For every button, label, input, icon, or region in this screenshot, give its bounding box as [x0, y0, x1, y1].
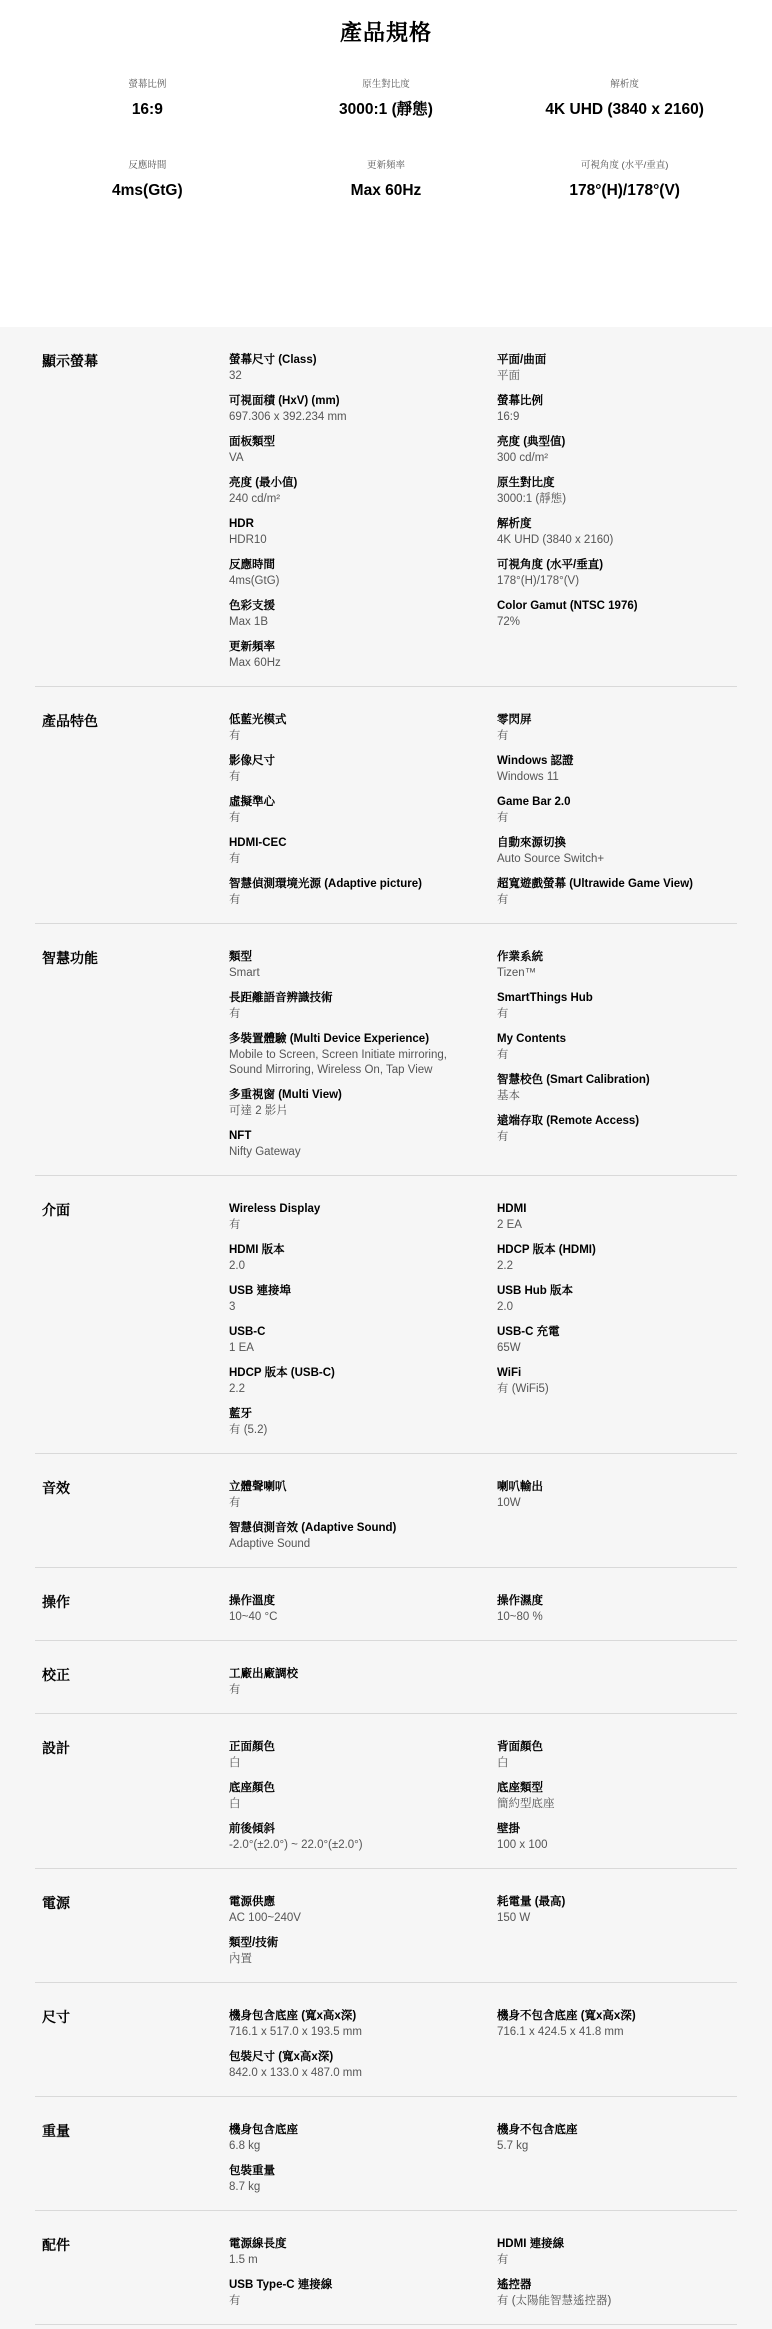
spec-item: 多重視窗 (Multi View)可達 2 影片 [229, 1087, 473, 1119]
spec-column-2: 背面顏色白底座類型簡約型底座壁掛100 x 100 [497, 1739, 737, 1862]
spec-value: 5.7 kg [497, 2139, 737, 2154]
spec-label: 立體聲喇叭 [229, 1479, 473, 1495]
spec-label: 超寬遊戲螢幕 (Ultrawide Game View) [497, 876, 737, 892]
spec-section: 智慧功能類型Smart長距離語音辨識技術有多裝置體驗 (Multi Device… [35, 923, 737, 1175]
spec-item: 底座類型簡約型底座 [497, 1780, 737, 1812]
spec-summary-grid: 螢幕比例16:9原生對比度3000:1 (靜態)解析度4K UHD (3840 … [0, 79, 772, 201]
spec-item: 亮度 (典型值)300 cd/m² [497, 434, 737, 466]
spec-label: USB 連接埠 [229, 1283, 473, 1299]
spec-item: 長距離語音辨識技術有 [229, 990, 473, 1022]
spec-value: 178°(H)/178°(V) [497, 574, 737, 589]
spec-item: 可視角度 (水平/垂直)178°(H)/178°(V) [497, 557, 737, 589]
spec-value: 4K UHD (3840 x 2160) [497, 533, 737, 548]
spec-value: 697.306 x 392.234 mm [229, 410, 473, 425]
spec-item: 包裝重量8.7 kg [229, 2163, 473, 2195]
spec-item: 面板類型VA [229, 434, 473, 466]
spec-label: 底座類型 [497, 1780, 737, 1796]
spec-column-1: 低藍光模式有影像尺寸有虛擬準心有HDMI-CEC有智慧偵測環境光源 (Adapt… [229, 712, 497, 917]
summary-item: 原生對比度3000:1 (靜態) [267, 79, 506, 120]
spec-label: 面板類型 [229, 434, 473, 450]
spec-item: Game Bar 2.0有 [497, 794, 737, 826]
spec-label: 包裝尺寸 (寬x高x深) [229, 2049, 473, 2065]
spec-label: 前後傾斜 [229, 1821, 473, 1837]
spec-value: 1 EA [229, 1341, 473, 1356]
spec-value: Windows 11 [497, 770, 737, 785]
spec-label: 可視角度 (水平/垂直) [497, 557, 737, 573]
spec-column-1: 類型Smart長距離語音辨識技術有多裝置體驗 (Multi Device Exp… [229, 949, 497, 1169]
spec-label: 低藍光模式 [229, 712, 473, 728]
spec-value: 有 [229, 770, 473, 785]
spec-value: 白 [229, 1797, 473, 1812]
spec-item: HDMI-CEC有 [229, 835, 473, 867]
spec-label: 包裝重量 [229, 2163, 473, 2179]
spec-item: 智慧偵測音效 (Adaptive Sound)Adaptive Sound [229, 1520, 473, 1552]
spec-value: 有 [497, 811, 737, 826]
spec-section-title: 重量 [35, 2122, 229, 2204]
spec-label: 壁掛 [497, 1821, 737, 1837]
spec-label: 底座顏色 [229, 1780, 473, 1796]
spec-section: 配件電源線長度1.5 mUSB Type-C 連接線有HDMI 連接線有遙控器有… [35, 2210, 737, 2325]
spec-label: HDR [229, 516, 473, 532]
spec-section-columns: 螢幕尺寸 (Class)32可視面積 (HxV) (mm)697.306 x 3… [229, 352, 737, 680]
spec-section-columns: 低藍光模式有影像尺寸有虛擬準心有HDMI-CEC有智慧偵測環境光源 (Adapt… [229, 712, 737, 917]
summary-label: 原生對比度 [267, 79, 506, 90]
spec-label: 多裝置體驗 (Multi Device Experience) [229, 1031, 473, 1047]
spec-section-title: 產品特色 [35, 712, 229, 917]
spec-value: 300 cd/m² [497, 451, 737, 466]
spec-label: 類型/技術 [229, 1935, 473, 1951]
spec-summary-header: 產品規格 螢幕比例16:9原生對比度3000:1 (靜態)解析度4K UHD (… [0, 0, 772, 327]
spec-item: 低藍光模式有 [229, 712, 473, 744]
spec-column-2: 零閃屏有Windows 認證Windows 11Game Bar 2.0有自動來… [497, 712, 737, 917]
spec-section-columns: Wireless Display有HDMI 版本2.0USB 連接埠3USB-C… [229, 1201, 737, 1447]
spec-item: 操作濕度10~80 % [497, 1593, 737, 1625]
spec-value: -2.0°(±2.0°) ~ 22.0°(±2.0°) [229, 1838, 473, 1853]
spec-section: 操作操作溫度10~40 °C操作濕度10~80 % [35, 1567, 737, 1640]
spec-item: 前後傾斜-2.0°(±2.0°) ~ 22.0°(±2.0°) [229, 1821, 473, 1853]
spec-value: VA [229, 451, 473, 466]
spec-label: Wireless Display [229, 1201, 473, 1217]
spec-value: 4ms(GtG) [229, 574, 473, 589]
spec-section-columns: 機身包含底座6.8 kg包裝重量8.7 kg機身不包含底座5.7 kg [229, 2122, 737, 2204]
spec-value: 10~40 °C [229, 1610, 473, 1625]
spec-column-2: 機身不包含底座 (寬x高x深)716.1 x 424.5 x 41.8 mm [497, 2008, 737, 2090]
spec-value: 白 [497, 1756, 737, 1771]
spec-label: 工廠出廠調校 [229, 1666, 473, 1682]
spec-label: 類型 [229, 949, 473, 965]
spec-label: 操作溫度 [229, 1593, 473, 1609]
spec-label: 作業系統 [497, 949, 737, 965]
spec-label: 背面顏色 [497, 1739, 737, 1755]
spec-label: 長距離語音辨識技術 [229, 990, 473, 1006]
spec-value: 有 (太陽能智慧遙控器) [497, 2294, 737, 2309]
spec-value: Nifty Gateway [229, 1145, 473, 1160]
summary-label: 螢幕比例 [28, 79, 267, 90]
spec-section-title: 操作 [35, 1593, 229, 1634]
spec-column-1: Wireless Display有HDMI 版本2.0USB 連接埠3USB-C… [229, 1201, 497, 1447]
spec-column-2 [497, 1666, 737, 1707]
spec-item: 操作溫度10~40 °C [229, 1593, 473, 1625]
spec-section-title: 校正 [35, 1666, 229, 1707]
spec-label: 機身不包含底座 [497, 2122, 737, 2138]
spec-value: 150 W [497, 1911, 737, 1926]
spec-section: 音效立體聲喇叭有智慧偵測音效 (Adaptive Sound)Adaptive … [35, 1453, 737, 1567]
spec-value: 可達 2 影片 [229, 1104, 473, 1119]
spec-value: 平面 [497, 369, 737, 384]
spec-column-1: 機身包含底座6.8 kg包裝重量8.7 kg [229, 2122, 497, 2204]
page-title: 產品規格 [0, 16, 772, 47]
spec-label: 耗電量 (最高) [497, 1894, 737, 1910]
spec-value: 3 [229, 1300, 473, 1315]
spec-label: 亮度 (最小值) [229, 475, 473, 491]
spec-item: 類型Smart [229, 949, 473, 981]
spec-value: 2.0 [229, 1259, 473, 1274]
spec-column-2: 耗電量 (最高)150 W [497, 1894, 737, 1976]
spec-item: HDMI2 EA [497, 1201, 737, 1233]
spec-item: USB 連接埠3 [229, 1283, 473, 1315]
spec-section: 尺寸機身包含底座 (寬x高x深)716.1 x 517.0 x 193.5 mm… [35, 1982, 737, 2096]
spec-label: 解析度 [497, 516, 737, 532]
spec-item: My Contents有 [497, 1031, 737, 1063]
spec-label: USB-C [229, 1324, 473, 1340]
spec-value: 有 [229, 811, 473, 826]
spec-item: USB Hub 版本2.0 [497, 1283, 737, 1315]
spec-item: 立體聲喇叭有 [229, 1479, 473, 1511]
spec-label: Game Bar 2.0 [497, 794, 737, 810]
spec-item: 包裝尺寸 (寬x高x深)842.0 x 133.0 x 487.0 mm [229, 2049, 473, 2081]
spec-section-title: 音效 [35, 1479, 229, 1561]
spec-value: 10W [497, 1496, 737, 1511]
spec-item: 亮度 (最小值)240 cd/m² [229, 475, 473, 507]
spec-item: 影像尺寸有 [229, 753, 473, 785]
spec-section-title: 顯示螢幕 [35, 352, 229, 680]
spec-label: 遠端存取 (Remote Access) [497, 1113, 737, 1129]
spec-label: 零閃屏 [497, 712, 737, 728]
spec-value: Adaptive Sound [229, 1537, 473, 1552]
spec-value: 內置 [229, 1952, 473, 1967]
spec-value: 有 [497, 2253, 737, 2268]
spec-value: 有 [229, 1007, 473, 1022]
spec-item: 遠端存取 (Remote Access)有 [497, 1113, 737, 1145]
spec-value: 10~80 % [497, 1610, 737, 1625]
summary-item: 可視角度 (水平/垂直)178°(H)/178°(V) [505, 160, 744, 201]
spec-item: 虛擬準心有 [229, 794, 473, 826]
spec-label: 智慧偵測環境光源 (Adaptive picture) [229, 876, 473, 892]
spec-value: 3000:1 (靜態) [497, 492, 737, 507]
spec-item: 色彩支援Max 1B [229, 598, 473, 630]
spec-label: Windows 認證 [497, 753, 737, 769]
spec-value: 有 [497, 1048, 737, 1063]
spec-item: 更新頻率Max 60Hz [229, 639, 473, 671]
spec-item: 平面/曲面平面 [497, 352, 737, 384]
spec-value: 有 (WiFi5) [497, 1382, 737, 1397]
spec-section: 設計正面顏色白底座顏色白前後傾斜-2.0°(±2.0°) ~ 22.0°(±2.… [35, 1713, 737, 1868]
spec-label: 操作濕度 [497, 1593, 737, 1609]
spec-section-columns: 正面顏色白底座顏色白前後傾斜-2.0°(±2.0°) ~ 22.0°(±2.0°… [229, 1739, 737, 1862]
spec-column-1: 螢幕尺寸 (Class)32可視面積 (HxV) (mm)697.306 x 3… [229, 352, 497, 680]
spec-label: HDMI 版本 [229, 1242, 473, 1258]
spec-label: 影像尺寸 [229, 753, 473, 769]
spec-value: 100 x 100 [497, 1838, 737, 1853]
spec-item: USB-C1 EA [229, 1324, 473, 1356]
spec-label: USB-C 充電 [497, 1324, 737, 1340]
spec-value: 2.2 [497, 1259, 737, 1274]
spec-value: 716.1 x 424.5 x 41.8 mm [497, 2025, 737, 2040]
spec-label: HDMI 連接線 [497, 2236, 737, 2252]
spec-label: USB Type-C 連接線 [229, 2277, 473, 2293]
spec-item: 機身不包含底座 (寬x高x深)716.1 x 424.5 x 41.8 mm [497, 2008, 737, 2040]
spec-section-columns: 操作溫度10~40 °C操作濕度10~80 % [229, 1593, 737, 1634]
spec-label: HDCP 版本 (HDMI) [497, 1242, 737, 1258]
spec-item: 作業系統Tizen™ [497, 949, 737, 981]
spec-label: 藍牙 [229, 1406, 473, 1422]
spec-label: 可視面積 (HxV) (mm) [229, 393, 473, 409]
spec-item: 機身包含底座 (寬x高x深)716.1 x 517.0 x 193.5 mm [229, 2008, 473, 2040]
spec-label: 機身包含底座 (寬x高x深) [229, 2008, 473, 2024]
spec-label: 反應時間 [229, 557, 473, 573]
spec-column-2: 喇叭輸出10W [497, 1479, 737, 1561]
spec-value: 白 [229, 1756, 473, 1771]
spec-value: 65W [497, 1341, 737, 1356]
spec-value: 有 (5.2) [229, 1423, 473, 1438]
spec-item: 智慧偵測環境光源 (Adaptive picture)有 [229, 876, 473, 908]
spec-column-1: 立體聲喇叭有智慧偵測音效 (Adaptive Sound)Adaptive So… [229, 1479, 497, 1561]
spec-value: 有 [497, 1007, 737, 1022]
spec-value: Mobile to Screen, Screen Initiate mirror… [229, 1048, 473, 1078]
spec-item: 電源供應AC 100~240V [229, 1894, 473, 1926]
spec-section-columns: 立體聲喇叭有智慧偵測音效 (Adaptive Sound)Adaptive So… [229, 1479, 737, 1561]
spec-value: Tizen™ [497, 966, 737, 981]
spec-item: 背面顏色白 [497, 1739, 737, 1771]
spec-section-columns: 類型Smart長距離語音辨識技術有多裝置體驗 (Multi Device Exp… [229, 949, 737, 1169]
spec-value: 有 [229, 1496, 473, 1511]
spec-item: 可視面積 (HxV) (mm)697.306 x 392.234 mm [229, 393, 473, 425]
spec-value: 有 [229, 1683, 473, 1698]
spec-value: 842.0 x 133.0 x 487.0 mm [229, 2066, 473, 2081]
spec-item: Windows 認證Windows 11 [497, 753, 737, 785]
spec-item: HDCP 版本 (USB-C)2.2 [229, 1365, 473, 1397]
spec-item: 電源線長度1.5 m [229, 2236, 473, 2268]
spec-item: 解析度4K UHD (3840 x 2160) [497, 516, 737, 548]
spec-label: 色彩支援 [229, 598, 473, 614]
spec-item: 零閃屏有 [497, 712, 737, 744]
spec-label: SmartThings Hub [497, 990, 737, 1006]
spec-label: USB Hub 版本 [497, 1283, 737, 1299]
spec-item: 底座顏色白 [229, 1780, 473, 1812]
spec-item: HDMI 版本2.0 [229, 1242, 473, 1274]
spec-section-title: 智慧功能 [35, 949, 229, 1169]
spec-column-1: 機身包含底座 (寬x高x深)716.1 x 517.0 x 193.5 mm包裝… [229, 2008, 497, 2090]
spec-label: 喇叭輸出 [497, 1479, 737, 1495]
spec-item: 自動來源切換Auto Source Switch+ [497, 835, 737, 867]
summary-item: 反應時間4ms(GtG) [28, 160, 267, 201]
spec-label: 原生對比度 [497, 475, 737, 491]
spec-value: 有 [497, 893, 737, 908]
spec-section-columns: 機身包含底座 (寬x高x深)716.1 x 517.0 x 193.5 mm包裝… [229, 2008, 737, 2090]
spec-section-title: 電源 [35, 1894, 229, 1976]
spec-label: 虛擬準心 [229, 794, 473, 810]
spec-item: 超寬遊戲螢幕 (Ultrawide Game View)有 [497, 876, 737, 908]
spec-column-1: 電源供應AC 100~240V類型/技術內置 [229, 1894, 497, 1976]
spec-item: 智慧校色 (Smart Calibration)基本 [497, 1072, 737, 1104]
spec-column-1: 正面顏色白底座顏色白前後傾斜-2.0°(±2.0°) ~ 22.0°(±2.0°… [229, 1739, 497, 1862]
spec-section-title: 設計 [35, 1739, 229, 1862]
spec-section-title: 配件 [35, 2236, 229, 2318]
spec-section: 產品特色低藍光模式有影像尺寸有虛擬準心有HDMI-CEC有智慧偵測環境光源 (A… [35, 686, 737, 923]
spec-item: 藍牙有 (5.2) [229, 1406, 473, 1438]
spec-column-1: 電源線長度1.5 mUSB Type-C 連接線有 [229, 2236, 497, 2318]
summary-label: 反應時間 [28, 160, 267, 171]
spec-label: 正面顏色 [229, 1739, 473, 1755]
spec-value: 6.8 kg [229, 2139, 473, 2154]
spec-value: Max 60Hz [229, 656, 473, 671]
spec-item: Wireless Display有 [229, 1201, 473, 1233]
spec-item: USB-C 充電65W [497, 1324, 737, 1356]
spec-item: USB Type-C 連接線有 [229, 2277, 473, 2309]
summary-label: 更新頻率 [267, 160, 506, 171]
spec-value: 1.5 m [229, 2253, 473, 2268]
spec-label: 亮度 (典型值) [497, 434, 737, 450]
spec-column-2: HDMI2 EAHDCP 版本 (HDMI)2.2USB Hub 版本2.0US… [497, 1201, 737, 1447]
spec-value: 有 [497, 729, 737, 744]
specs-bottom-spacer [0, 2325, 772, 2329]
spec-value: HDR10 [229, 533, 473, 548]
spec-value: 2.2 [229, 1382, 473, 1397]
spec-section-columns: 電源線長度1.5 mUSB Type-C 連接線有HDMI 連接線有遙控器有 (… [229, 2236, 737, 2318]
spec-item: 螢幕比例16:9 [497, 393, 737, 425]
spec-label: HDMI [497, 1201, 737, 1217]
summary-item: 螢幕比例16:9 [28, 79, 267, 120]
spec-section: 顯示螢幕螢幕尺寸 (Class)32可視面積 (HxV) (mm)697.306… [35, 327, 737, 686]
spec-value: 有 [229, 729, 473, 744]
spec-column-1: 工廠出廠調校有 [229, 1666, 497, 1707]
spec-section: 介面Wireless Display有HDMI 版本2.0USB 連接埠3USB… [35, 1175, 737, 1453]
spec-value: 72% [497, 615, 737, 630]
spec-value: 716.1 x 517.0 x 193.5 mm [229, 2025, 473, 2040]
spec-label: HDCP 版本 (USB-C) [229, 1365, 473, 1381]
spec-column-2: 機身不包含底座5.7 kg [497, 2122, 737, 2204]
spec-value: 簡約型底座 [497, 1797, 737, 1812]
spec-section-title: 尺寸 [35, 2008, 229, 2090]
summary-value: 4ms(GtG) [28, 182, 267, 201]
spec-value: 32 [229, 369, 473, 384]
spec-value: 16:9 [497, 410, 737, 425]
spec-value: AC 100~240V [229, 1911, 473, 1926]
spec-item: Color Gamut (NTSC 1976)72% [497, 598, 737, 630]
spec-item: NFTNifty Gateway [229, 1128, 473, 1160]
spec-section-columns: 工廠出廠調校有 [229, 1666, 737, 1707]
spec-item: 正面顏色白 [229, 1739, 473, 1771]
summary-item: 解析度4K UHD (3840 x 2160) [505, 79, 744, 120]
spec-item: HDCP 版本 (HDMI)2.2 [497, 1242, 737, 1274]
spec-value: Auto Source Switch+ [497, 852, 737, 867]
spec-column-1: 操作溫度10~40 °C [229, 1593, 497, 1634]
spec-label: 機身包含底座 [229, 2122, 473, 2138]
product-spec-page: 產品規格 螢幕比例16:9原生對比度3000:1 (靜態)解析度4K UHD (… [0, 0, 772, 2329]
spec-item: WiFi有 (WiFi5) [497, 1365, 737, 1397]
spec-column-2: 平面/曲面平面螢幕比例16:9亮度 (典型值)300 cd/m²原生對比度300… [497, 352, 737, 680]
spec-value: 有 [229, 2294, 473, 2309]
spec-value: 有 [229, 1218, 473, 1233]
summary-value: 178°(H)/178°(V) [505, 182, 744, 201]
spec-label: 平面/曲面 [497, 352, 737, 368]
spec-item: 類型/技術內置 [229, 1935, 473, 1967]
spec-column-2: HDMI 連接線有遙控器有 (太陽能智慧遙控器) [497, 2236, 737, 2318]
spec-column-2: 操作濕度10~80 % [497, 1593, 737, 1634]
spec-item: 遙控器有 (太陽能智慧遙控器) [497, 2277, 737, 2309]
spec-label: NFT [229, 1128, 473, 1144]
spec-value: 8.7 kg [229, 2180, 473, 2195]
spec-value: 有 [497, 1130, 737, 1145]
spec-label: Color Gamut (NTSC 1976) [497, 598, 737, 614]
spec-section: 校正工廠出廠調校有 [35, 1640, 737, 1713]
spec-section-columns: 電源供應AC 100~240V類型/技術內置耗電量 (最高)150 W [229, 1894, 737, 1976]
spec-label: 電源線長度 [229, 2236, 473, 2252]
spec-value: 有 [229, 893, 473, 908]
spec-label: WiFi [497, 1365, 737, 1381]
spec-value: 240 cd/m² [229, 492, 473, 507]
summary-value: 3000:1 (靜態) [267, 101, 506, 120]
spec-value: Smart [229, 966, 473, 981]
spec-item: HDMI 連接線有 [497, 2236, 737, 2268]
spec-item: 壁掛100 x 100 [497, 1821, 737, 1853]
summary-label: 可視角度 (水平/垂直) [505, 160, 744, 171]
spec-section: 電源電源供應AC 100~240V類型/技術內置耗電量 (最高)150 W [35, 1868, 737, 1982]
spec-item: 螢幕尺寸 (Class)32 [229, 352, 473, 384]
spec-sections-list: 顯示螢幕螢幕尺寸 (Class)32可視面積 (HxV) (mm)697.306… [0, 327, 772, 2325]
spec-item: 工廠出廠調校有 [229, 1666, 473, 1698]
spec-label: 智慧偵測音效 (Adaptive Sound) [229, 1520, 473, 1536]
spec-value: 基本 [497, 1089, 737, 1104]
spec-label: My Contents [497, 1031, 737, 1047]
spec-label: 遙控器 [497, 2277, 737, 2293]
spec-value: 2.0 [497, 1300, 737, 1315]
spec-item: HDRHDR10 [229, 516, 473, 548]
spec-item: 反應時間4ms(GtG) [229, 557, 473, 589]
spec-item: SmartThings Hub有 [497, 990, 737, 1022]
spec-item: 多裝置體驗 (Multi Device Experience)Mobile to… [229, 1031, 473, 1078]
spec-label: HDMI-CEC [229, 835, 473, 851]
spec-column-2: 作業系統Tizen™SmartThings Hub有My Contents有智慧… [497, 949, 737, 1169]
spec-label: 自動來源切換 [497, 835, 737, 851]
spec-item: 機身包含底座6.8 kg [229, 2122, 473, 2154]
summary-value: 16:9 [28, 101, 267, 120]
summary-label: 解析度 [505, 79, 744, 90]
spec-value: 2 EA [497, 1218, 737, 1233]
spec-section: 重量機身包含底座6.8 kg包裝重量8.7 kg機身不包含底座5.7 kg [35, 2096, 737, 2210]
spec-item: 耗電量 (最高)150 W [497, 1894, 737, 1926]
spec-item: 機身不包含底座5.7 kg [497, 2122, 737, 2154]
spec-label: 機身不包含底座 (寬x高x深) [497, 2008, 737, 2024]
spec-item: 喇叭輸出10W [497, 1479, 737, 1511]
spec-label: 智慧校色 (Smart Calibration) [497, 1072, 737, 1088]
spec-section-title: 介面 [35, 1201, 229, 1447]
spec-label: 電源供應 [229, 1894, 473, 1910]
summary-value: Max 60Hz [267, 182, 506, 201]
spec-label: 多重視窗 (Multi View) [229, 1087, 473, 1103]
summary-value: 4K UHD (3840 x 2160) [505, 101, 744, 120]
spec-label: 螢幕比例 [497, 393, 737, 409]
spec-label: 螢幕尺寸 (Class) [229, 352, 473, 368]
spec-label: 更新頻率 [229, 639, 473, 655]
spec-value: Max 1B [229, 615, 473, 630]
spec-item: 原生對比度3000:1 (靜態) [497, 475, 737, 507]
summary-item: 更新頻率Max 60Hz [267, 160, 506, 201]
spec-value: 有 [229, 852, 473, 867]
